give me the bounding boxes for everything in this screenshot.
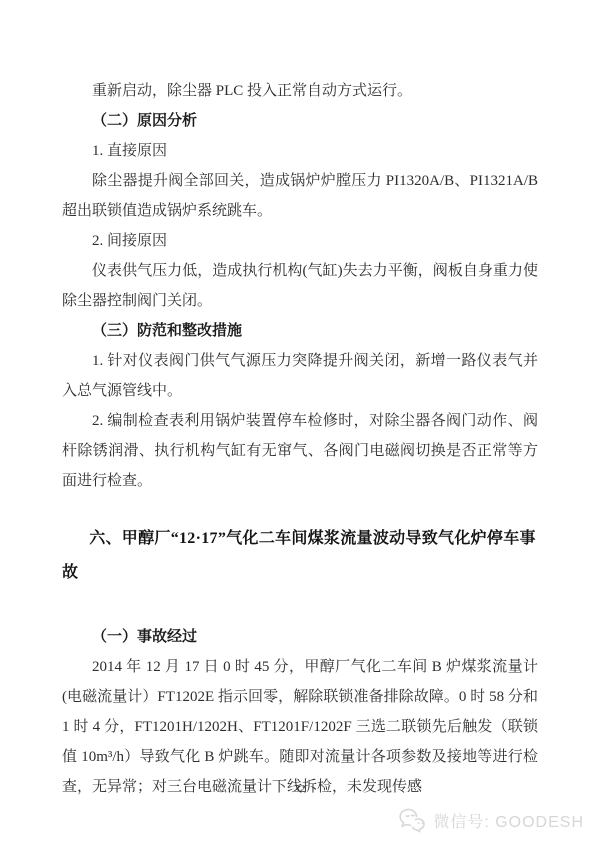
wechat-smiley-icon (398, 807, 428, 833)
paragraph: 重新启动，除尘器 PLC 投入正常自动方式运行。 (62, 76, 538, 106)
chapter-heading: 六、甲醇厂“12·17”气化二车间煤浆流量波动导致气化炉停车事故 (62, 522, 538, 590)
section-heading: （二）原因分析 (62, 106, 538, 136)
watermark: 微信号: GOODESH (398, 807, 584, 833)
document-body: 重新启动，除尘器 PLC 投入正常自动方式运行。 （二）原因分析 1. 直接原因… (62, 76, 538, 802)
paragraph: 1. 针对仪表阀门供气气源压力突降提升阀关闭，新增一路仪表气并入总气源管线中。 (62, 346, 538, 406)
paragraph: 仪表供气压力低，造成执行机构(气缸)失去力平衡，阀板自身重力使除尘器控制阀门关闭… (62, 256, 538, 316)
document-page: 重新启动，除尘器 PLC 投入正常自动方式运行。 （二）原因分析 1. 直接原因… (0, 0, 600, 848)
section-heading: （一）事故经过 (62, 622, 538, 652)
watermark-text: 微信号: GOODESH (433, 809, 584, 832)
paragraph: 除尘器提升阀全部回关，造成锅炉炉膛压力 PI1320A/B、PI1321A/B … (62, 166, 538, 226)
paragraph: 2. 编制检查表利用锅炉装置停车检修时，对除尘器各阀门动作、阀杆除锈润滑、执行机… (62, 406, 538, 496)
section-heading: （三）防范和整改措施 (62, 316, 538, 346)
page-number: 32 (0, 783, 600, 795)
list-item: 1. 直接原因 (62, 136, 538, 166)
paragraph: 2014 年 12 月 17 日 0 时 45 分，甲醇厂气化二车间 B 炉煤浆… (62, 652, 538, 802)
list-item: 2. 间接原因 (62, 226, 538, 256)
